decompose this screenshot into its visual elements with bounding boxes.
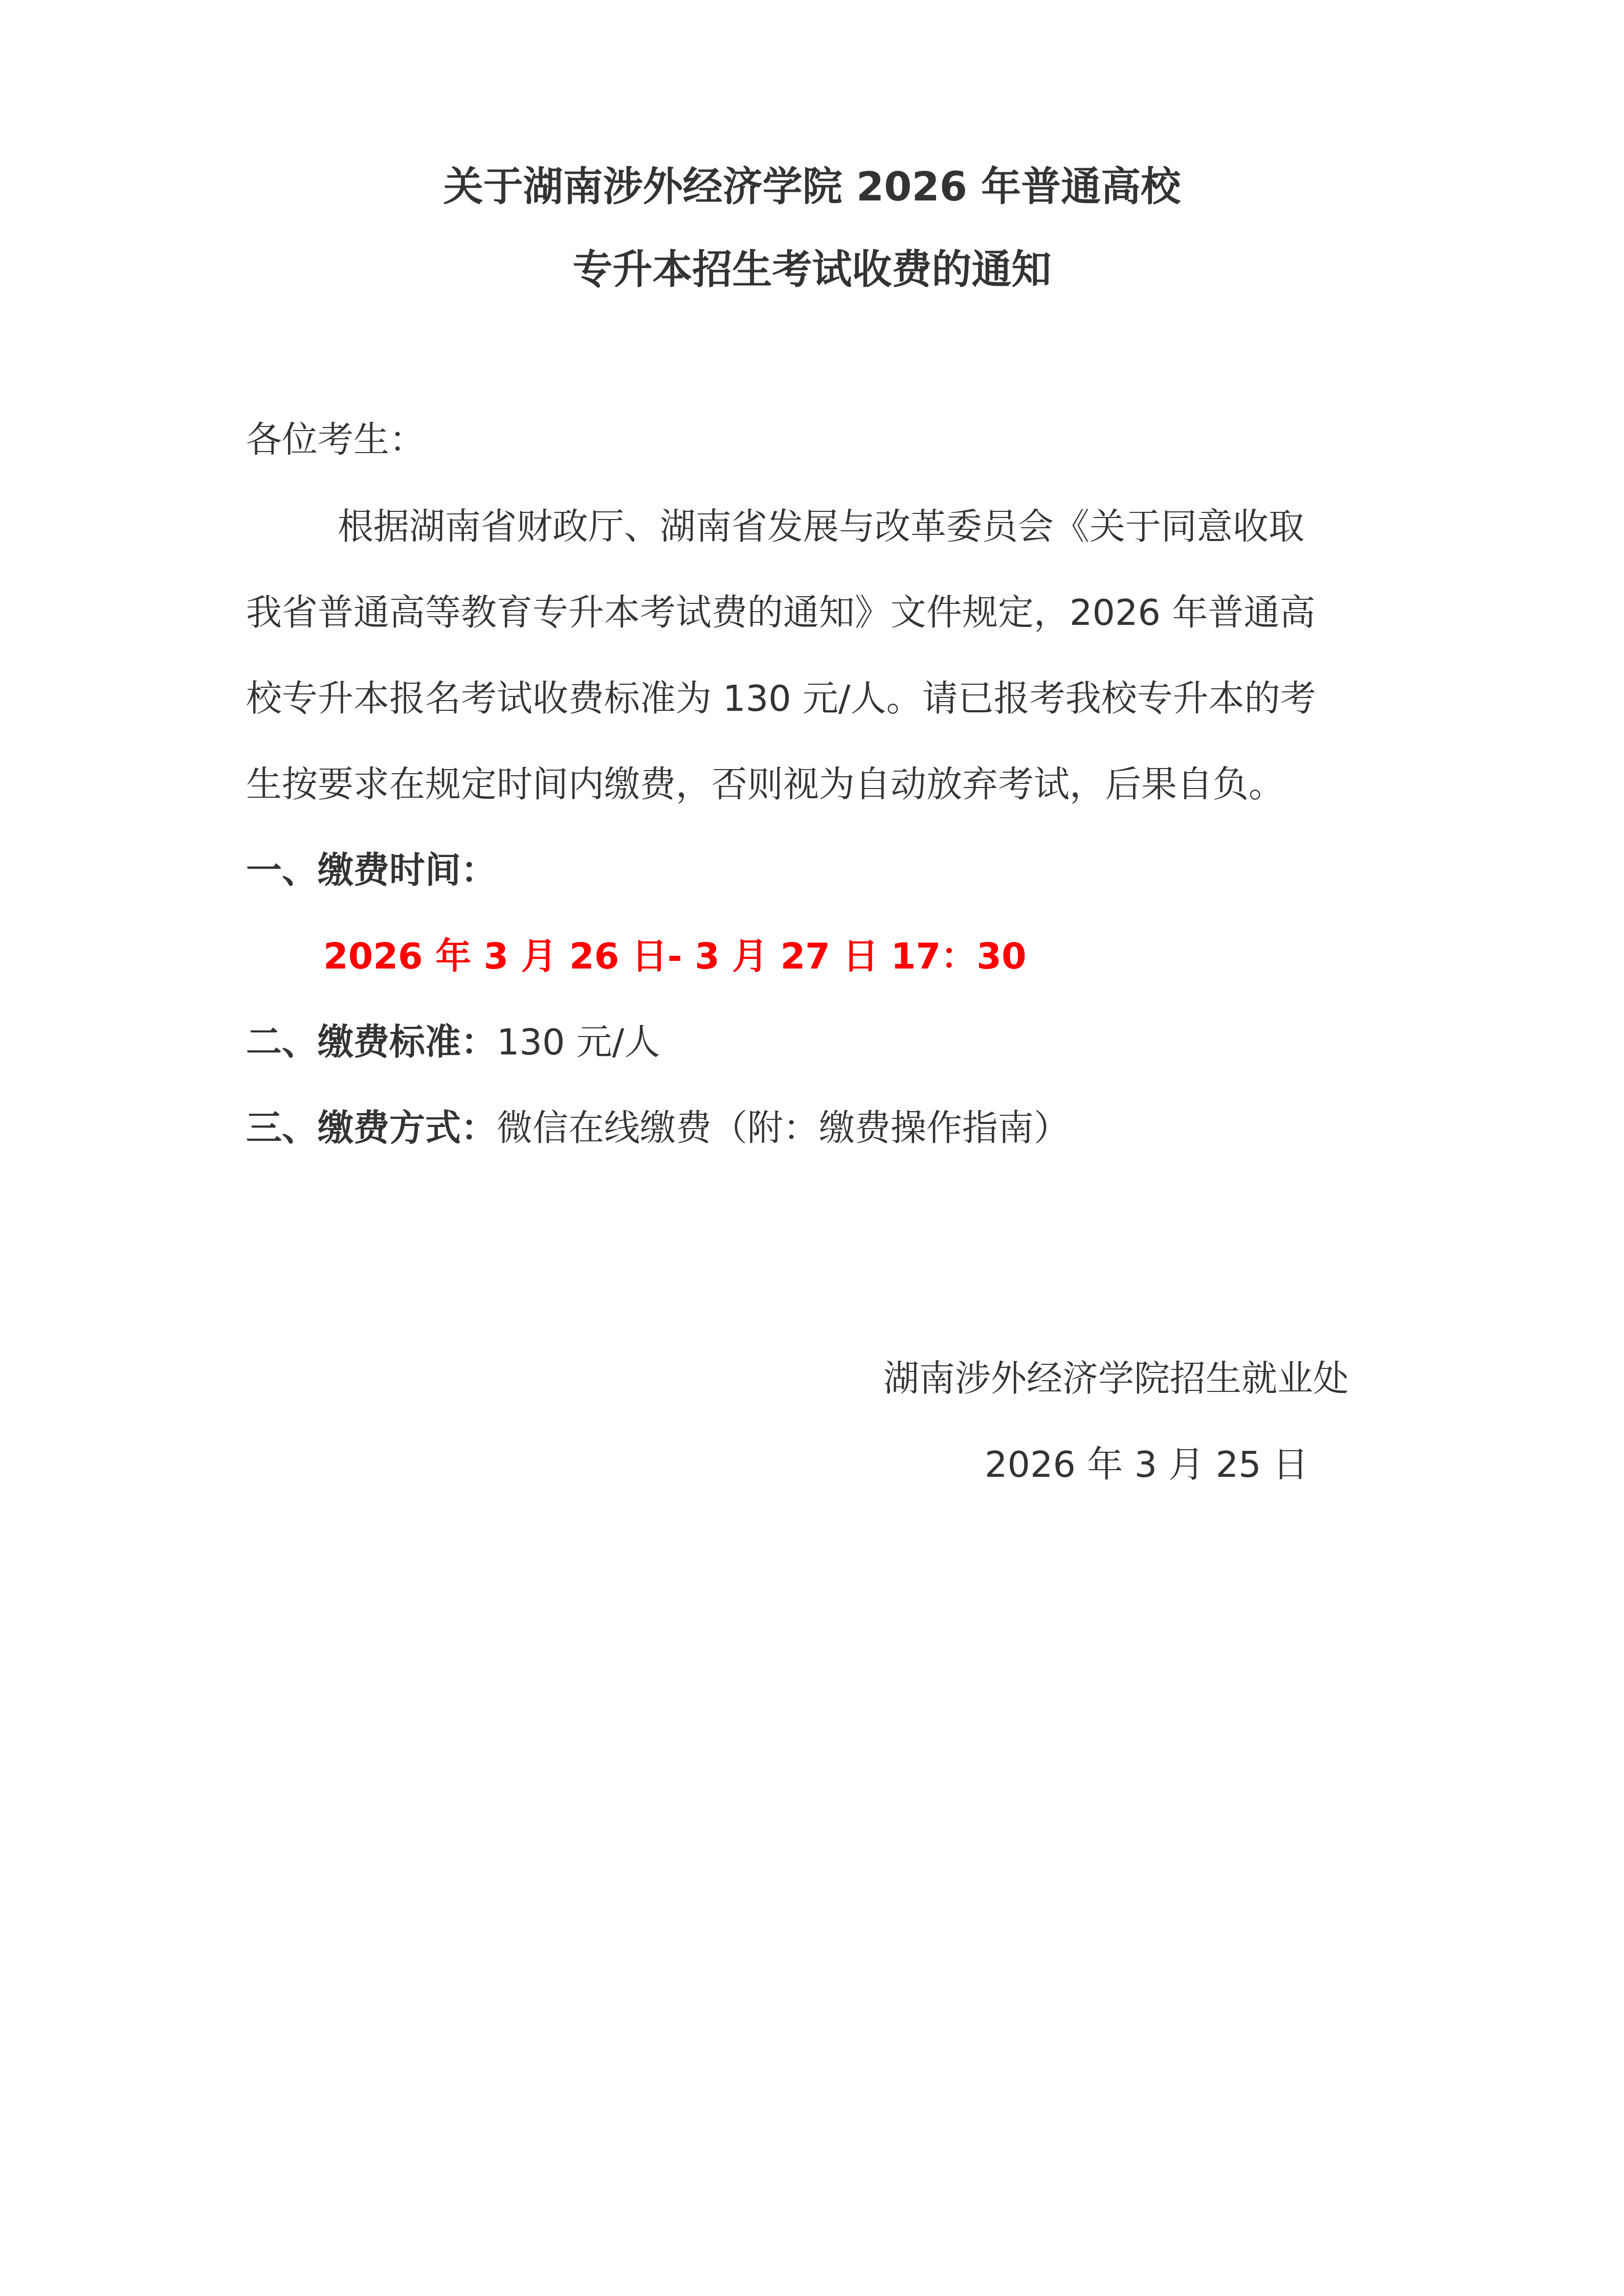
signature-date: 2026 年 3 月 25 日	[985, 1439, 1308, 1490]
title-line-2: 专升本招生考试收费的通知	[0, 244, 1624, 296]
body-line-2: 我省普通高等教育专升本考试费的通知》文件规定，2026 年普通高	[246, 587, 1315, 638]
section-label: 三、缴费方式：	[246, 1107, 497, 1149]
title-line-1: 关于湖南涉外经济学院 2026 年普通高校	[0, 162, 1624, 213]
section-label: 一、缴费时间：	[246, 849, 497, 891]
body-line-1: 根据湖南省财政厅、湖南省发展与改革委员会《关于同意收取	[338, 501, 1304, 552]
section-value: 微信在线缴费（附：缴费操作指南）	[497, 1107, 1070, 1149]
greeting: 各位考生：	[246, 414, 425, 465]
section-payment-method: 三、缴费方式：微信在线缴费（附：缴费操作指南）	[246, 1102, 1070, 1154]
section-value: 130 元/人	[497, 1021, 660, 1063]
document-page: 关于湖南涉外经济学院 2026 年普通高校 专升本招生考试收费的通知 各位考生：…	[0, 0, 1624, 2296]
section-payment-time: 一、缴费时间：	[246, 845, 497, 896]
section-payment-standard: 二、缴费标准：130 元/人	[246, 1017, 660, 1068]
body-line-3: 校专升本报名考试收费标准为 130 元/人。请已报考我校专升本的考	[246, 673, 1316, 724]
section-label: 二、缴费标准：	[246, 1021, 497, 1063]
payment-time-value: 2026 年 3 月 26 日- 3 月 27 日 17：30	[323, 931, 1027, 982]
signature-organization: 湖南涉外经济学院招生就业处	[883, 1353, 1349, 1404]
body-line-4: 生按要求在规定时间内缴费，否则视为自动放弃考试，后果自负。	[246, 759, 1284, 810]
